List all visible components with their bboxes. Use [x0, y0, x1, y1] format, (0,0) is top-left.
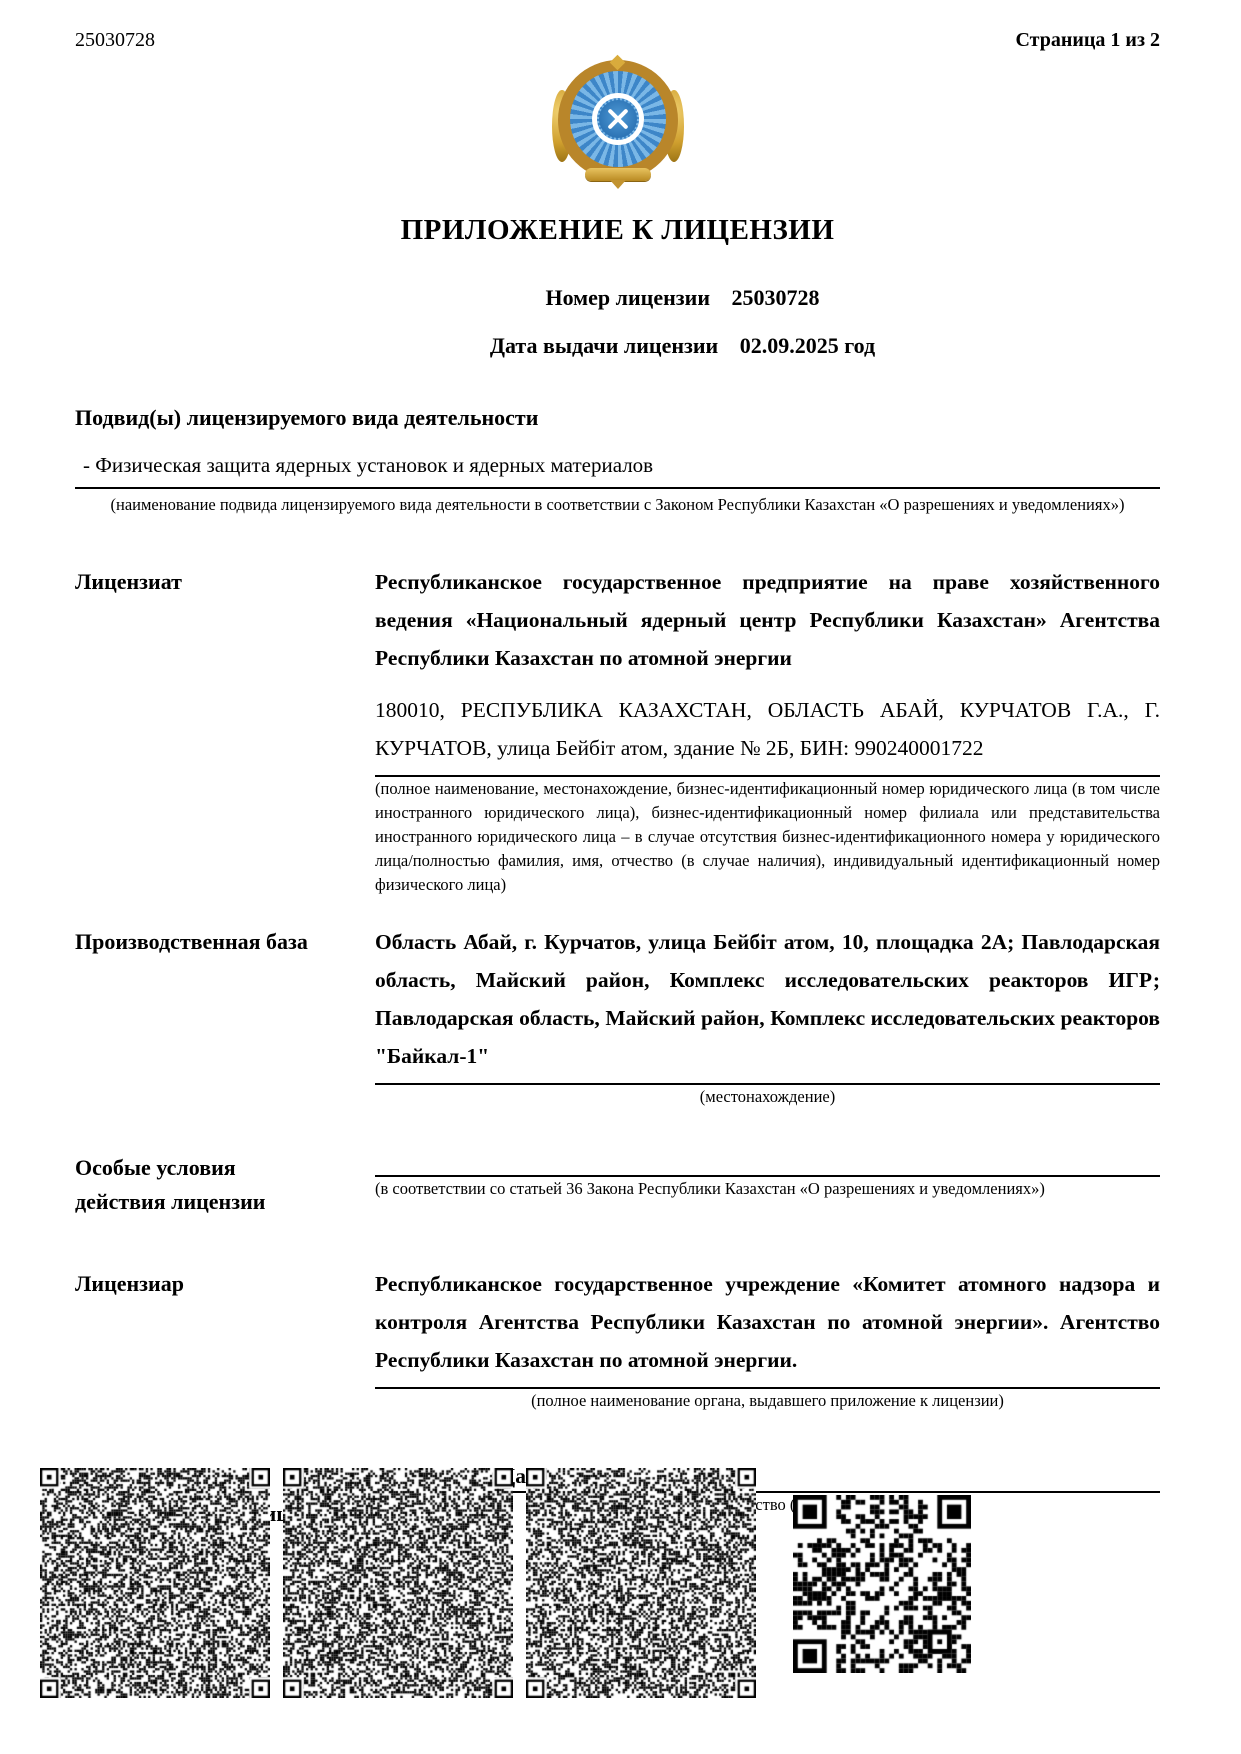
license-date-label: Дата выдачи лицензии — [490, 333, 718, 358]
emblem-shanyrak — [599, 100, 637, 138]
license-number-line: Номер лицензии 25030728 — [205, 285, 1160, 311]
licensee-label: Лицензиат — [75, 563, 375, 897]
licensor-value: Республиканское государственное учрежден… — [375, 1265, 1160, 1379]
subtype-item-text: Физическая защита ядерных установок и яд… — [95, 453, 653, 477]
emblem-tail — [610, 180, 626, 189]
license-date-line: Дата выдачи лицензии 02.09.2025 год — [205, 333, 1160, 359]
subtype-item-marker: - — [83, 453, 90, 477]
licensor-section: Лицензиар Республиканское государственно… — [75, 1265, 1160, 1413]
subtype-heading: Подвид(ы) лицензируемого вида деятельнос… — [75, 405, 1160, 431]
production-base-note: (местонахождение) — [375, 1085, 1160, 1109]
special-conditions-label: Особые условия действия лицензии — [75, 1149, 375, 1219]
licensee-value-column: Республиканское государственное предприя… — [375, 563, 1160, 897]
production-base-value: Область Абай, г. Курчатов, улица Бейбіт … — [375, 923, 1160, 1075]
subtype-note: (наименование подвида лицензируемого вид… — [75, 493, 1160, 517]
page-header: 25030728 Страница 1 из 2 — [75, 28, 1160, 52]
kazakhstan-coat-of-arms-icon — [552, 60, 684, 192]
divider — [75, 487, 1160, 489]
license-number-label: Номер лицензии — [545, 285, 710, 310]
licensee-section: Лицензиат Республиканское государственно… — [75, 563, 1160, 897]
page-title: ПРИЛОЖЕНИЕ К ЛИЦЕНЗИИ — [75, 214, 1160, 247]
licensor-label: Лицензиар — [75, 1265, 375, 1413]
document-number: 25030728 — [75, 28, 155, 52]
verification-codes — [0, 1468, 1241, 1708]
licensee-name: Республиканское государственное предприя… — [375, 563, 1160, 677]
license-date-value: 02.09.2025 год — [740, 333, 875, 358]
page-content: 25030728 Страница 1 из 2 ПРИЛОЖЕНИЕ К ЛИ… — [0, 0, 1241, 1531]
licensee-note: (полное наименование, местонахождение, б… — [375, 777, 1160, 897]
license-number-value: 25030728 — [732, 285, 820, 310]
production-base-label: Производственная база — [75, 923, 375, 1109]
data-code-2 — [283, 1468, 513, 1698]
special-conditions-value-column: (в соответствии со статьей 36 Закона Рес… — [375, 1149, 1160, 1219]
production-base-section: Производственная база Область Абай, г. К… — [75, 923, 1160, 1109]
licensee-address: 180010, РЕСПУБЛИКА КАЗАХСТАН, ОБЛАСТЬ АБ… — [375, 691, 1160, 767]
data-code-1 — [40, 1468, 270, 1698]
page-indicator: Страница 1 из 2 — [1015, 28, 1160, 52]
subtype-item: - Физическая защита ядерных установок и … — [75, 453, 1160, 478]
production-base-value-column: Область Абай, г. Курчатов, улица Бейбіт … — [375, 923, 1160, 1109]
data-code-3 — [526, 1468, 756, 1698]
licensor-value-column: Республиканское государственное учрежден… — [375, 1265, 1160, 1413]
licensor-note: (полное наименование органа, выдавшего п… — [375, 1389, 1160, 1413]
qr-code — [793, 1495, 971, 1673]
special-conditions-note: (в соответствии со статьей 36 Закона Рес… — [375, 1177, 1160, 1201]
special-conditions-section: Особые условия действия лицензии (в соот… — [75, 1149, 1160, 1219]
license-appendix-page: 25030728 Страница 1 из 2 ПРИЛОЖЕНИЕ К ЛИ… — [0, 0, 1241, 1754]
special-conditions-label-line1: Особые условия — [75, 1151, 375, 1185]
special-conditions-label-line2: действия лицензии — [75, 1185, 375, 1219]
